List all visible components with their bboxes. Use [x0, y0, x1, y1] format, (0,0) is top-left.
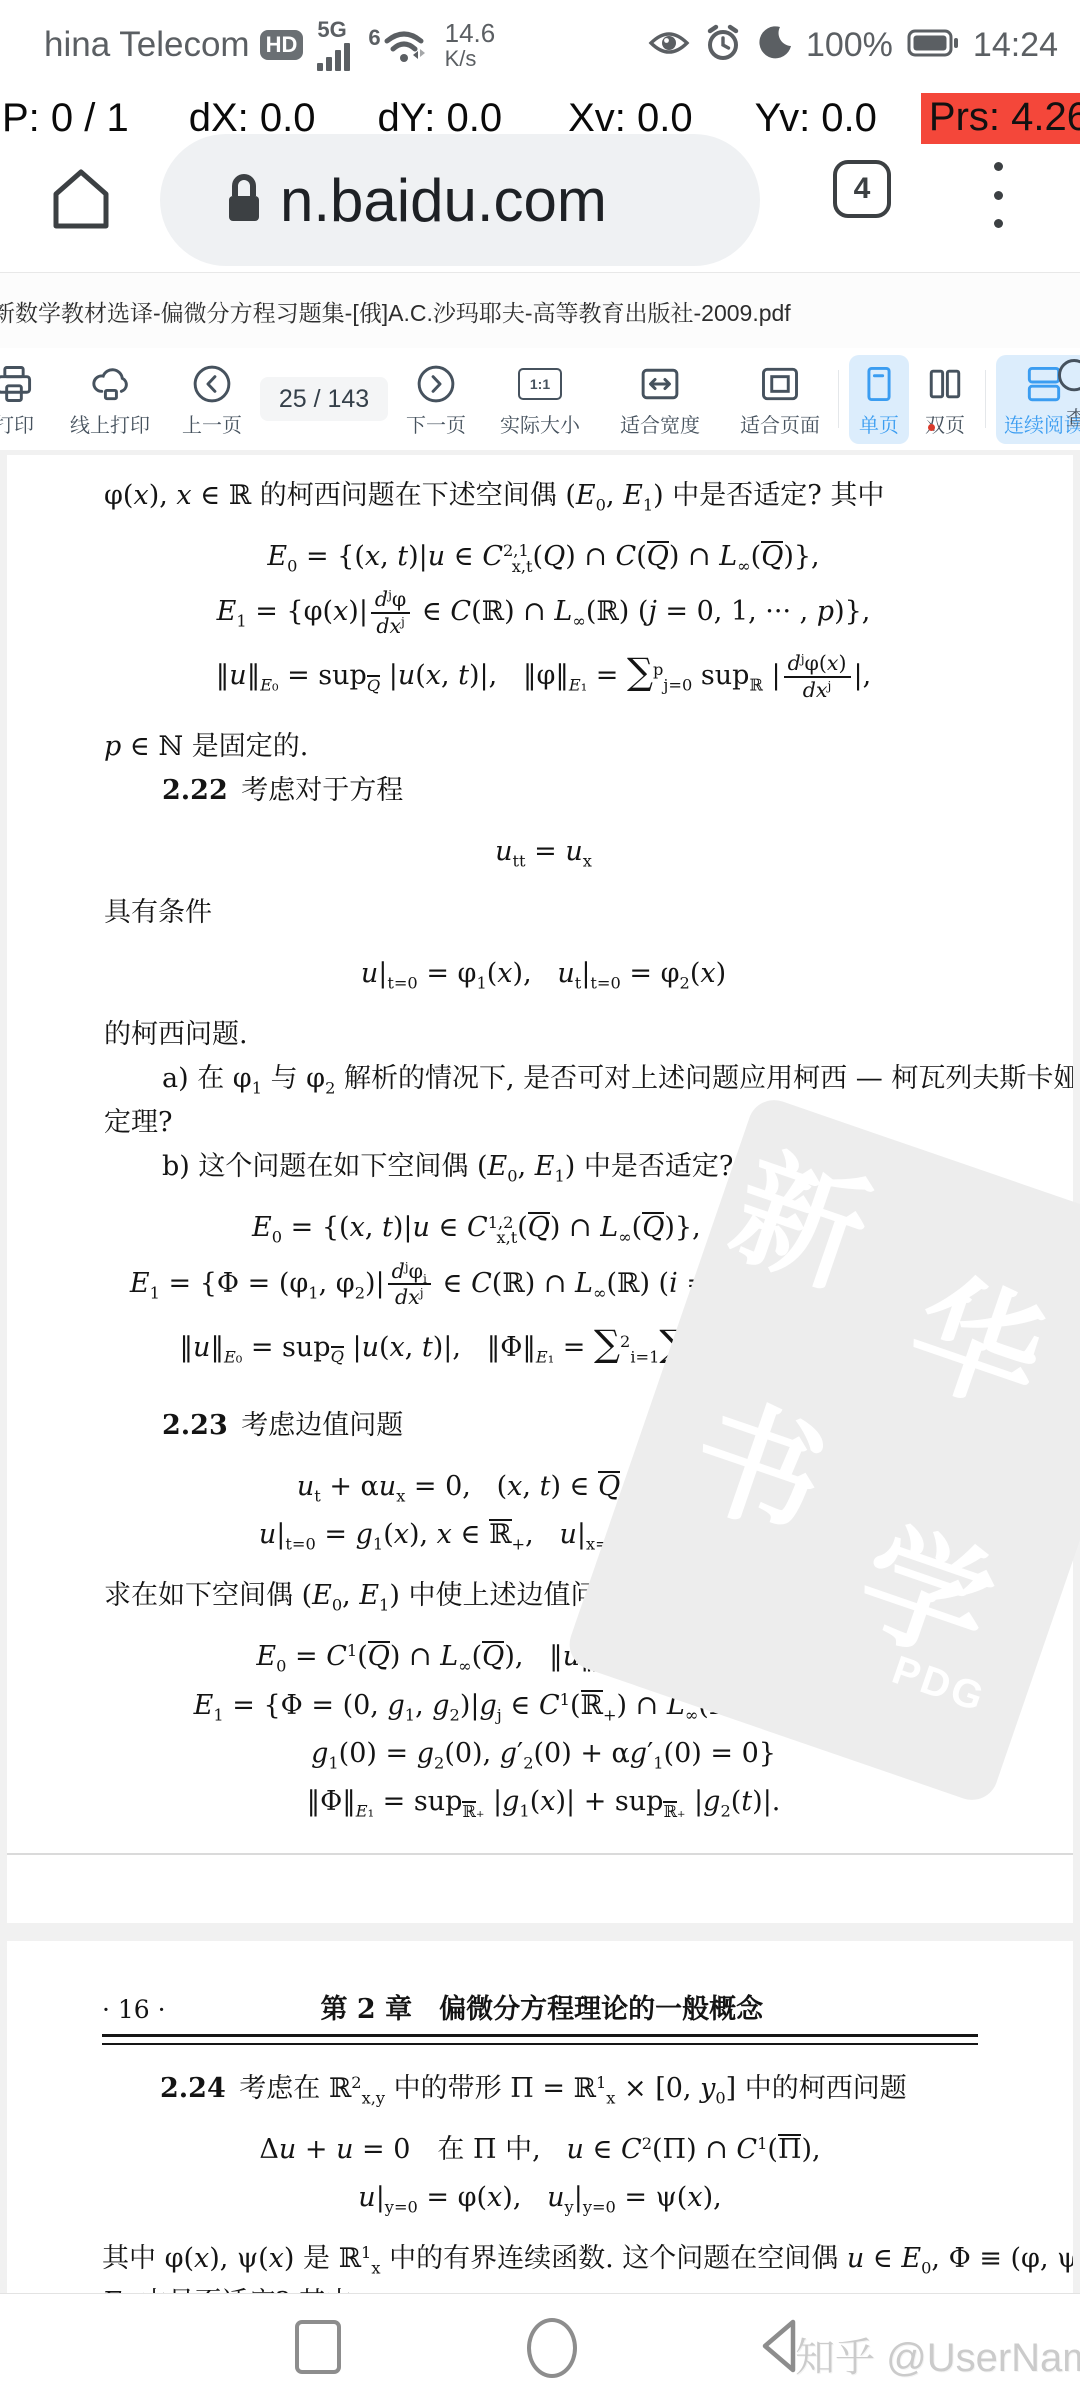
pdf-formula: Δu + u = 0 在 Π 中, u ∈ C2(Π) ∩ C1(Π),	[102, 2132, 978, 2167]
toolbar-label: 下一页	[406, 409, 466, 438]
toolbar-label: 实际大小	[500, 409, 580, 438]
pdf-scroll-area[interactable]: φ(x), x ∈ ℝ 的柯西问题在下述空间偶 (E0, E1) 中是否适定? …	[0, 450, 1080, 2293]
status-bar: hina Telecom HD 5G 6 14.6 K/s	[0, 0, 1080, 90]
toolbar-label: 上一页	[182, 409, 242, 438]
hd-voice-icon: HD	[260, 30, 304, 60]
pdf-filename-bar: 新数学教材选译-偏微分方程习题集-[俄]А.С.沙玛耶夫-高等教育出版社-200…	[0, 272, 1080, 349]
cellular-signal-icon: 5G	[317, 19, 350, 71]
yv-value: Yv: 0.0	[755, 96, 877, 141]
browser-menu-button[interactable]	[988, 158, 1008, 232]
phone-screen: hina Telecom HD 5G 6 14.6 K/s	[0, 0, 1080, 2400]
tab-switcher-button[interactable]: 4	[833, 160, 891, 218]
battery-icon	[907, 29, 959, 62]
pdf-formula: u|t=0 = φ1(x), ut|t=0 = φ2(x)	[104, 956, 983, 991]
toolbar-label: 单页	[859, 409, 899, 438]
watermark-character: 书	[671, 1350, 852, 1566]
carrier-label: hina Telecom	[44, 25, 250, 65]
toolbar-label: 查	[1066, 402, 1080, 431]
alarm-icon	[704, 24, 742, 67]
pdf-section-heading: 2.22 考虑对于方程	[104, 773, 983, 808]
fit-width-button[interactable]: 适合宽度	[612, 355, 708, 444]
printer-icon	[0, 361, 36, 407]
tab-count: 4	[854, 172, 871, 206]
chevron-left-circle-icon	[190, 361, 234, 407]
fit-width-icon	[638, 361, 682, 407]
home-button[interactable]	[48, 164, 114, 234]
do-not-disturb-moon-icon	[756, 25, 792, 66]
fit-page-icon	[758, 361, 802, 407]
pdf-formula: utt = ux	[104, 834, 983, 869]
battery-percent: 100%	[806, 26, 893, 65]
scan-artifact-line	[7, 1853, 1073, 1855]
prev-page-button[interactable]: 上一页	[174, 355, 250, 444]
zhihu-watermark: 知乎 @UserName	[795, 2326, 1080, 2383]
notification-dot	[928, 424, 935, 431]
wifi-icon: 6	[368, 25, 428, 65]
pdf-text-line: 的柯西问题.	[104, 1017, 983, 1052]
clock: 14:24	[973, 26, 1058, 65]
chapter-header: 第 2 章 偏微分方程理论的一般概念	[166, 1987, 978, 2026]
home-nav-button[interactable]	[527, 2318, 577, 2378]
page-indicator-value: 25 / 143	[279, 385, 369, 414]
watermark-character: 华	[890, 1227, 1071, 1443]
pdf-text-line: 具有条件	[104, 895, 983, 930]
header-rule	[102, 2034, 978, 2045]
pdf-text-line: a) 在 φ1 与 φ2 解析的情况下, 是否可对上述问题应用柯西 — 柯瓦列夫…	[104, 1061, 983, 1096]
network-speed: 14.6 K/s	[445, 20, 496, 70]
pdf-page-16: · 16 · 第 2 章 偏微分方程理论的一般概念 2.24 考虑在 ℝ2x,y…	[7, 1941, 1073, 2293]
toolbar-label: 打印	[0, 409, 34, 438]
recents-button[interactable]	[295, 2320, 341, 2374]
pdf-formula: E1 = {φ(x)|djφdxj ∈ C(ℝ) ∩ L∞(ℝ) (j = 0,…	[104, 587, 983, 638]
cloud-print-icon	[88, 361, 132, 407]
single-page-button[interactable]: 单页	[849, 355, 909, 444]
pdf-text-line: p ∈ ℕ 是固定的.	[104, 729, 983, 764]
pdf-filename: 新数学教材选译-偏微分方程习题集-[俄]А.С.沙玛耶夫-高等教育出版社-200…	[0, 295, 791, 328]
address-bar[interactable]: n.baidu.com	[160, 134, 760, 266]
pdf-text-line: 其中 φ(x), ψ(x) 是 ℝ1x 中的有界连续函数. 这个问题在空间偶 u…	[102, 2241, 978, 2276]
pointer-count-value: P: 0 / 1	[2, 96, 129, 141]
two-page-icon	[923, 361, 967, 407]
search-icon	[1054, 354, 1080, 400]
pdf-text-line: E1 中是否适定? 其中	[102, 2285, 978, 2293]
actual-size-icon: 1:1	[518, 361, 562, 407]
fit-page-button[interactable]: 适合页面	[732, 355, 828, 444]
actual-size-button[interactable]: 1:1 实际大小	[492, 355, 588, 444]
toolbar-label: 适合页面	[740, 409, 820, 438]
cloud-print-button[interactable]: 线上打印	[62, 355, 158, 444]
chevron-right-circle-icon	[414, 361, 458, 407]
lock-icon	[222, 170, 266, 231]
toolbar-separator	[985, 370, 986, 428]
pressure-value: Prs: 4.26	[921, 93, 1080, 144]
toolbar-separator	[838, 370, 839, 428]
page-indicator[interactable]: 25 / 143	[260, 377, 388, 421]
toolbar-label: 线上打印	[70, 409, 150, 438]
two-page-button[interactable]: 双页	[915, 355, 975, 444]
single-page-icon	[857, 361, 901, 407]
page-gap	[0, 1923, 1080, 1941]
pdf-formula: ‖u‖E₀ = supQ |u(x, t)|, ‖φ‖E₁ = ∑pj=0 su…	[104, 651, 983, 702]
pdf-formula: u|y=0 = φ(x), uy|y=0 = ψ(x),	[102, 2180, 978, 2215]
pdf-formula: ‖Φ‖E₁ = supℝ₊ |g1(x)| + supℝ₊ |g2(t)|.	[104, 1784, 983, 1819]
url-text: n.baidu.com	[280, 166, 607, 235]
toolbar-label: 双页	[925, 409, 965, 438]
print-button[interactable]: 打印	[0, 355, 44, 444]
eye-comfort-icon	[648, 28, 690, 63]
next-page-button[interactable]: 下一页	[398, 355, 474, 444]
toolbar-label: 适合宽度	[620, 409, 700, 438]
search-button[interactable]: 查	[1046, 348, 1080, 437]
android-nav-bar: 知乎 @UserName	[0, 2293, 1080, 2400]
browser-toolbar: n.baidu.com 4	[0, 146, 1080, 272]
pdf-section-heading: 2.24 考虑在 ℝ2x,y 中的带形 Π = ℝ1x × [0, y0] 中的…	[102, 2071, 978, 2106]
page-number-label: · 16 ·	[102, 1995, 166, 2024]
pdf-toolbar: 打印 线上打印 上一页 25 / 143	[0, 348, 1080, 451]
pdf-formula: E0 = {(x, t)|u ∈ C2,1x,t(Q) ∩ C(Q) ∩ L∞(…	[104, 539, 983, 574]
pdf-text-line: φ(x), x ∈ ℝ 的柯西问题在下述空间偶 (E0, E1) 中是否适定? …	[104, 478, 983, 513]
